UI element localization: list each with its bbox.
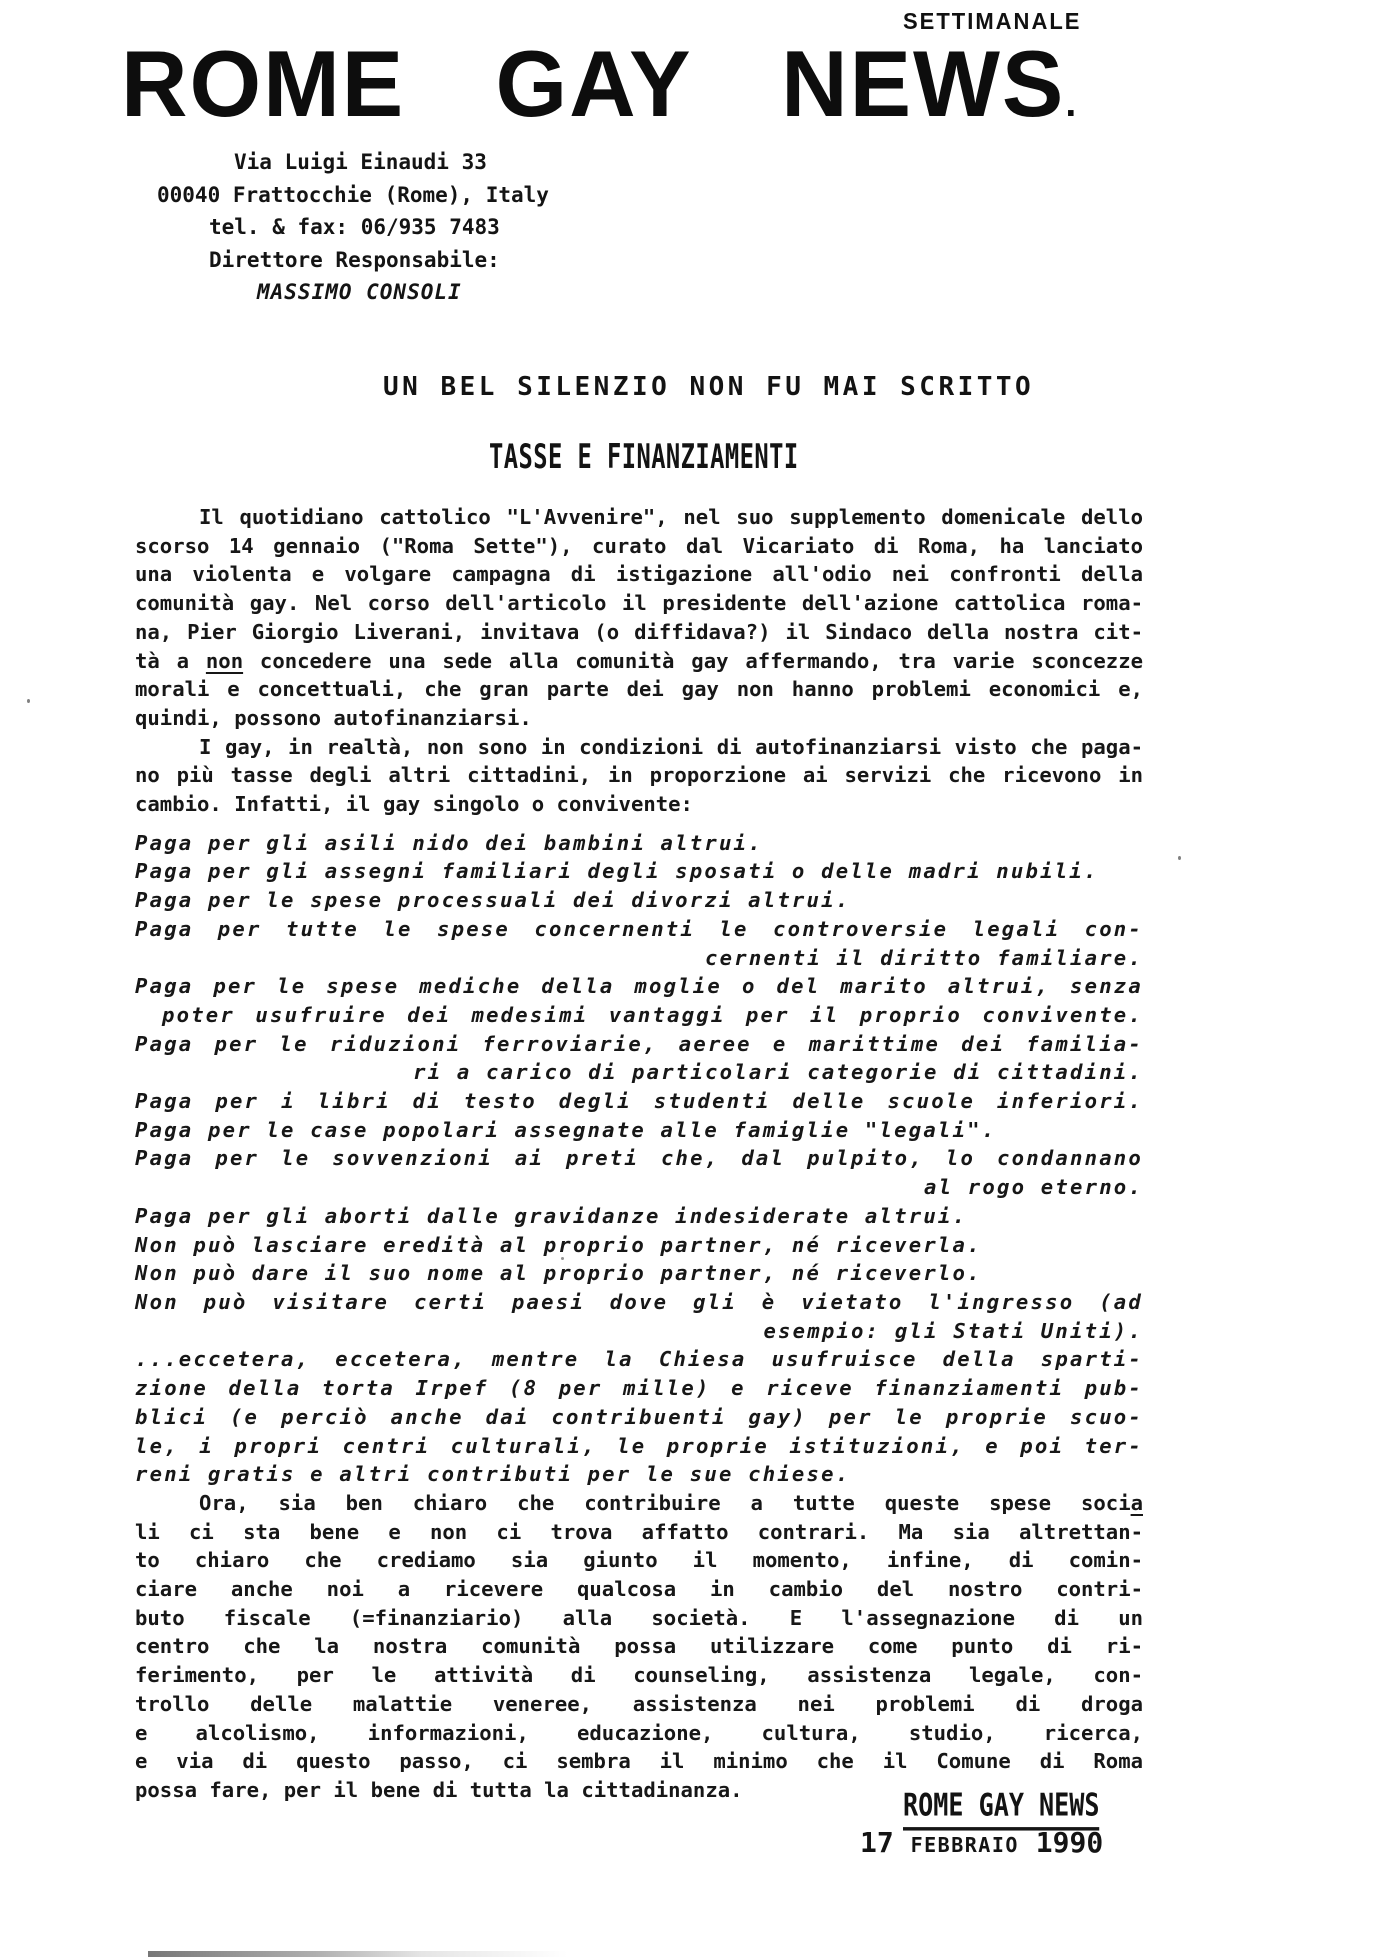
address-city: 00040 Frattocchie (Rome), Italy bbox=[0, 179, 700, 212]
article-line: Non può lasciare eredità al proprio part… bbox=[135, 1231, 1143, 1260]
article-line: trollo delle malattie veneree, assistenz… bbox=[135, 1690, 1143, 1719]
article-line: tà a non concedere una sede alla comunit… bbox=[135, 647, 1143, 676]
article-line: Paga per gli assegni familiari degli spo… bbox=[135, 857, 1143, 886]
article-line: Non può dare il suo nome al proprio part… bbox=[135, 1259, 1143, 1288]
article-line: Paga per le case popolari assegnate alle… bbox=[135, 1116, 1143, 1145]
article-line: Paga per gli asili nido dei bambini altr… bbox=[135, 829, 1143, 858]
footer-date-year: 1990 bbox=[1036, 1826, 1103, 1859]
article-line: buto fiscale (=finanziario) alla società… bbox=[135, 1604, 1143, 1633]
article-line: Paga per le spese processuali dei divorz… bbox=[135, 886, 1143, 915]
director-label: Direttore Responsabile: bbox=[0, 244, 700, 277]
address-phone: tel. & fax: 06/935 7483 bbox=[0, 211, 700, 244]
scanned-newsletter-page: SETTIMANALE ROME GAY NEWS. Via Luigi Ein… bbox=[0, 0, 1385, 1957]
article-line: li ci sta bene e non ci trova affatto co… bbox=[135, 1518, 1143, 1547]
article-line: scorso 14 gennaio ("Roma Sette"), curato… bbox=[135, 532, 1143, 561]
article-line: Paga per le sovvenzioni ai preti che, da… bbox=[135, 1144, 1143, 1173]
article-line: comunità gay. Nel corso dell'articolo il… bbox=[135, 589, 1143, 618]
article-line: cambio. Infatti, il gay singolo o conviv… bbox=[135, 790, 1143, 819]
article-line: Paga per gli aborti dalle gravidanze ind… bbox=[135, 1202, 1143, 1231]
footer-masthead: ROME GAY NEWS bbox=[903, 1788, 1100, 1831]
publisher-address-block: Via Luigi Einaudi 33 00040 Frattocchie (… bbox=[0, 146, 700, 309]
article-headline: TASSE E FINANZIAMENTI bbox=[489, 438, 799, 477]
article-line: blici (e perciò anche dai contribuenti g… bbox=[135, 1403, 1143, 1432]
article-line: le, i propri centri culturali, le propri… bbox=[135, 1432, 1143, 1461]
article-line: I gay, in realtà, non sono in condizioni… bbox=[135, 733, 1143, 762]
article-body: Il quotidiano cattolico "L'Avvenire", ne… bbox=[135, 503, 1143, 1805]
scan-speck bbox=[27, 699, 30, 703]
underlined-word: a bbox=[1131, 1491, 1143, 1515]
article-line: cernenti il diritto familiare. bbox=[135, 944, 1143, 973]
article-line: Ora, sia ben chiaro che contribuire a tu… bbox=[135, 1489, 1143, 1518]
article-line: ...eccetera, eccetera, mentre la Chiesa … bbox=[135, 1345, 1143, 1374]
article-line: Paga per tutte le spese concernenti le c… bbox=[135, 915, 1143, 944]
scan-speck bbox=[561, 1257, 564, 1260]
underlined-word: non bbox=[206, 649, 243, 673]
article-line: e via di questo passo, ci sembra il mini… bbox=[135, 1747, 1143, 1776]
article-line: e alcolismo, informazioni, educazione, c… bbox=[135, 1719, 1143, 1748]
footer-date-month: FEBBRAIO bbox=[911, 1833, 1019, 1857]
masthead-title-text: ROME GAY NEWS bbox=[121, 31, 1065, 136]
article-line: ferimento, per le attività di counseling… bbox=[135, 1661, 1143, 1690]
address-street: Via Luigi Einaudi 33 bbox=[0, 146, 700, 179]
article-line: no più tasse degli altri cittadini, in p… bbox=[135, 761, 1143, 790]
article-line: quindi, possono autofinanziarsi. bbox=[135, 704, 1143, 733]
article-line: morali e concettuali, che gran parte dei… bbox=[135, 675, 1143, 704]
article-line: centro che la nostra comunità possa util… bbox=[135, 1632, 1143, 1661]
article-line: zione della torta Irpef (8 per mille) e … bbox=[135, 1374, 1143, 1403]
article-line: to chiaro che crediamo sia giunto il mom… bbox=[135, 1546, 1143, 1575]
article-line: ciare anche noi a ricevere qualcosa in c… bbox=[135, 1575, 1143, 1604]
newsletter-masthead-title: ROME GAY NEWS. bbox=[121, 30, 1076, 138]
article-line: esempio: gli Stati Uniti). bbox=[135, 1317, 1143, 1346]
article-line: na, Pier Giorgio Liverani, invitava (o d… bbox=[135, 618, 1143, 647]
article-line: Non può visitare certi paesi dove gli è … bbox=[135, 1288, 1143, 1317]
article-line: Paga per le spese mediche della moglie o… bbox=[135, 972, 1143, 1001]
director-name: MASSIMO CONSOLI bbox=[0, 276, 700, 309]
article-kicker: UN BEL SILENZIO NON FU MAI SCRITTO bbox=[383, 372, 1034, 402]
article-line: al rogo eterno. bbox=[135, 1173, 1143, 1202]
line-gap bbox=[135, 819, 1143, 829]
article-line: reni gratis e altri contributi per le su… bbox=[135, 1460, 1143, 1489]
article-line: Paga per i libri di testo degli studenti… bbox=[135, 1087, 1143, 1116]
article-line: Paga per le riduzioni ferroviarie, aeree… bbox=[135, 1030, 1143, 1059]
article-line: poter usufruire dei medesimi vantaggi pe… bbox=[135, 1001, 1143, 1030]
footer-date-day: 17 bbox=[860, 1826, 894, 1859]
article-line: una violenta e volgare campagna di istig… bbox=[135, 560, 1143, 589]
article-line: ri a carico di particolari categorie di … bbox=[135, 1058, 1143, 1087]
scan-artifact-bar bbox=[148, 1951, 568, 1957]
masthead-title-period: . bbox=[1065, 81, 1076, 125]
footer-date: 17 FEBBRAIO 1990 bbox=[860, 1826, 1103, 1859]
article-line: Il quotidiano cattolico "L'Avvenire", ne… bbox=[135, 503, 1143, 532]
scan-speck bbox=[1178, 856, 1181, 860]
